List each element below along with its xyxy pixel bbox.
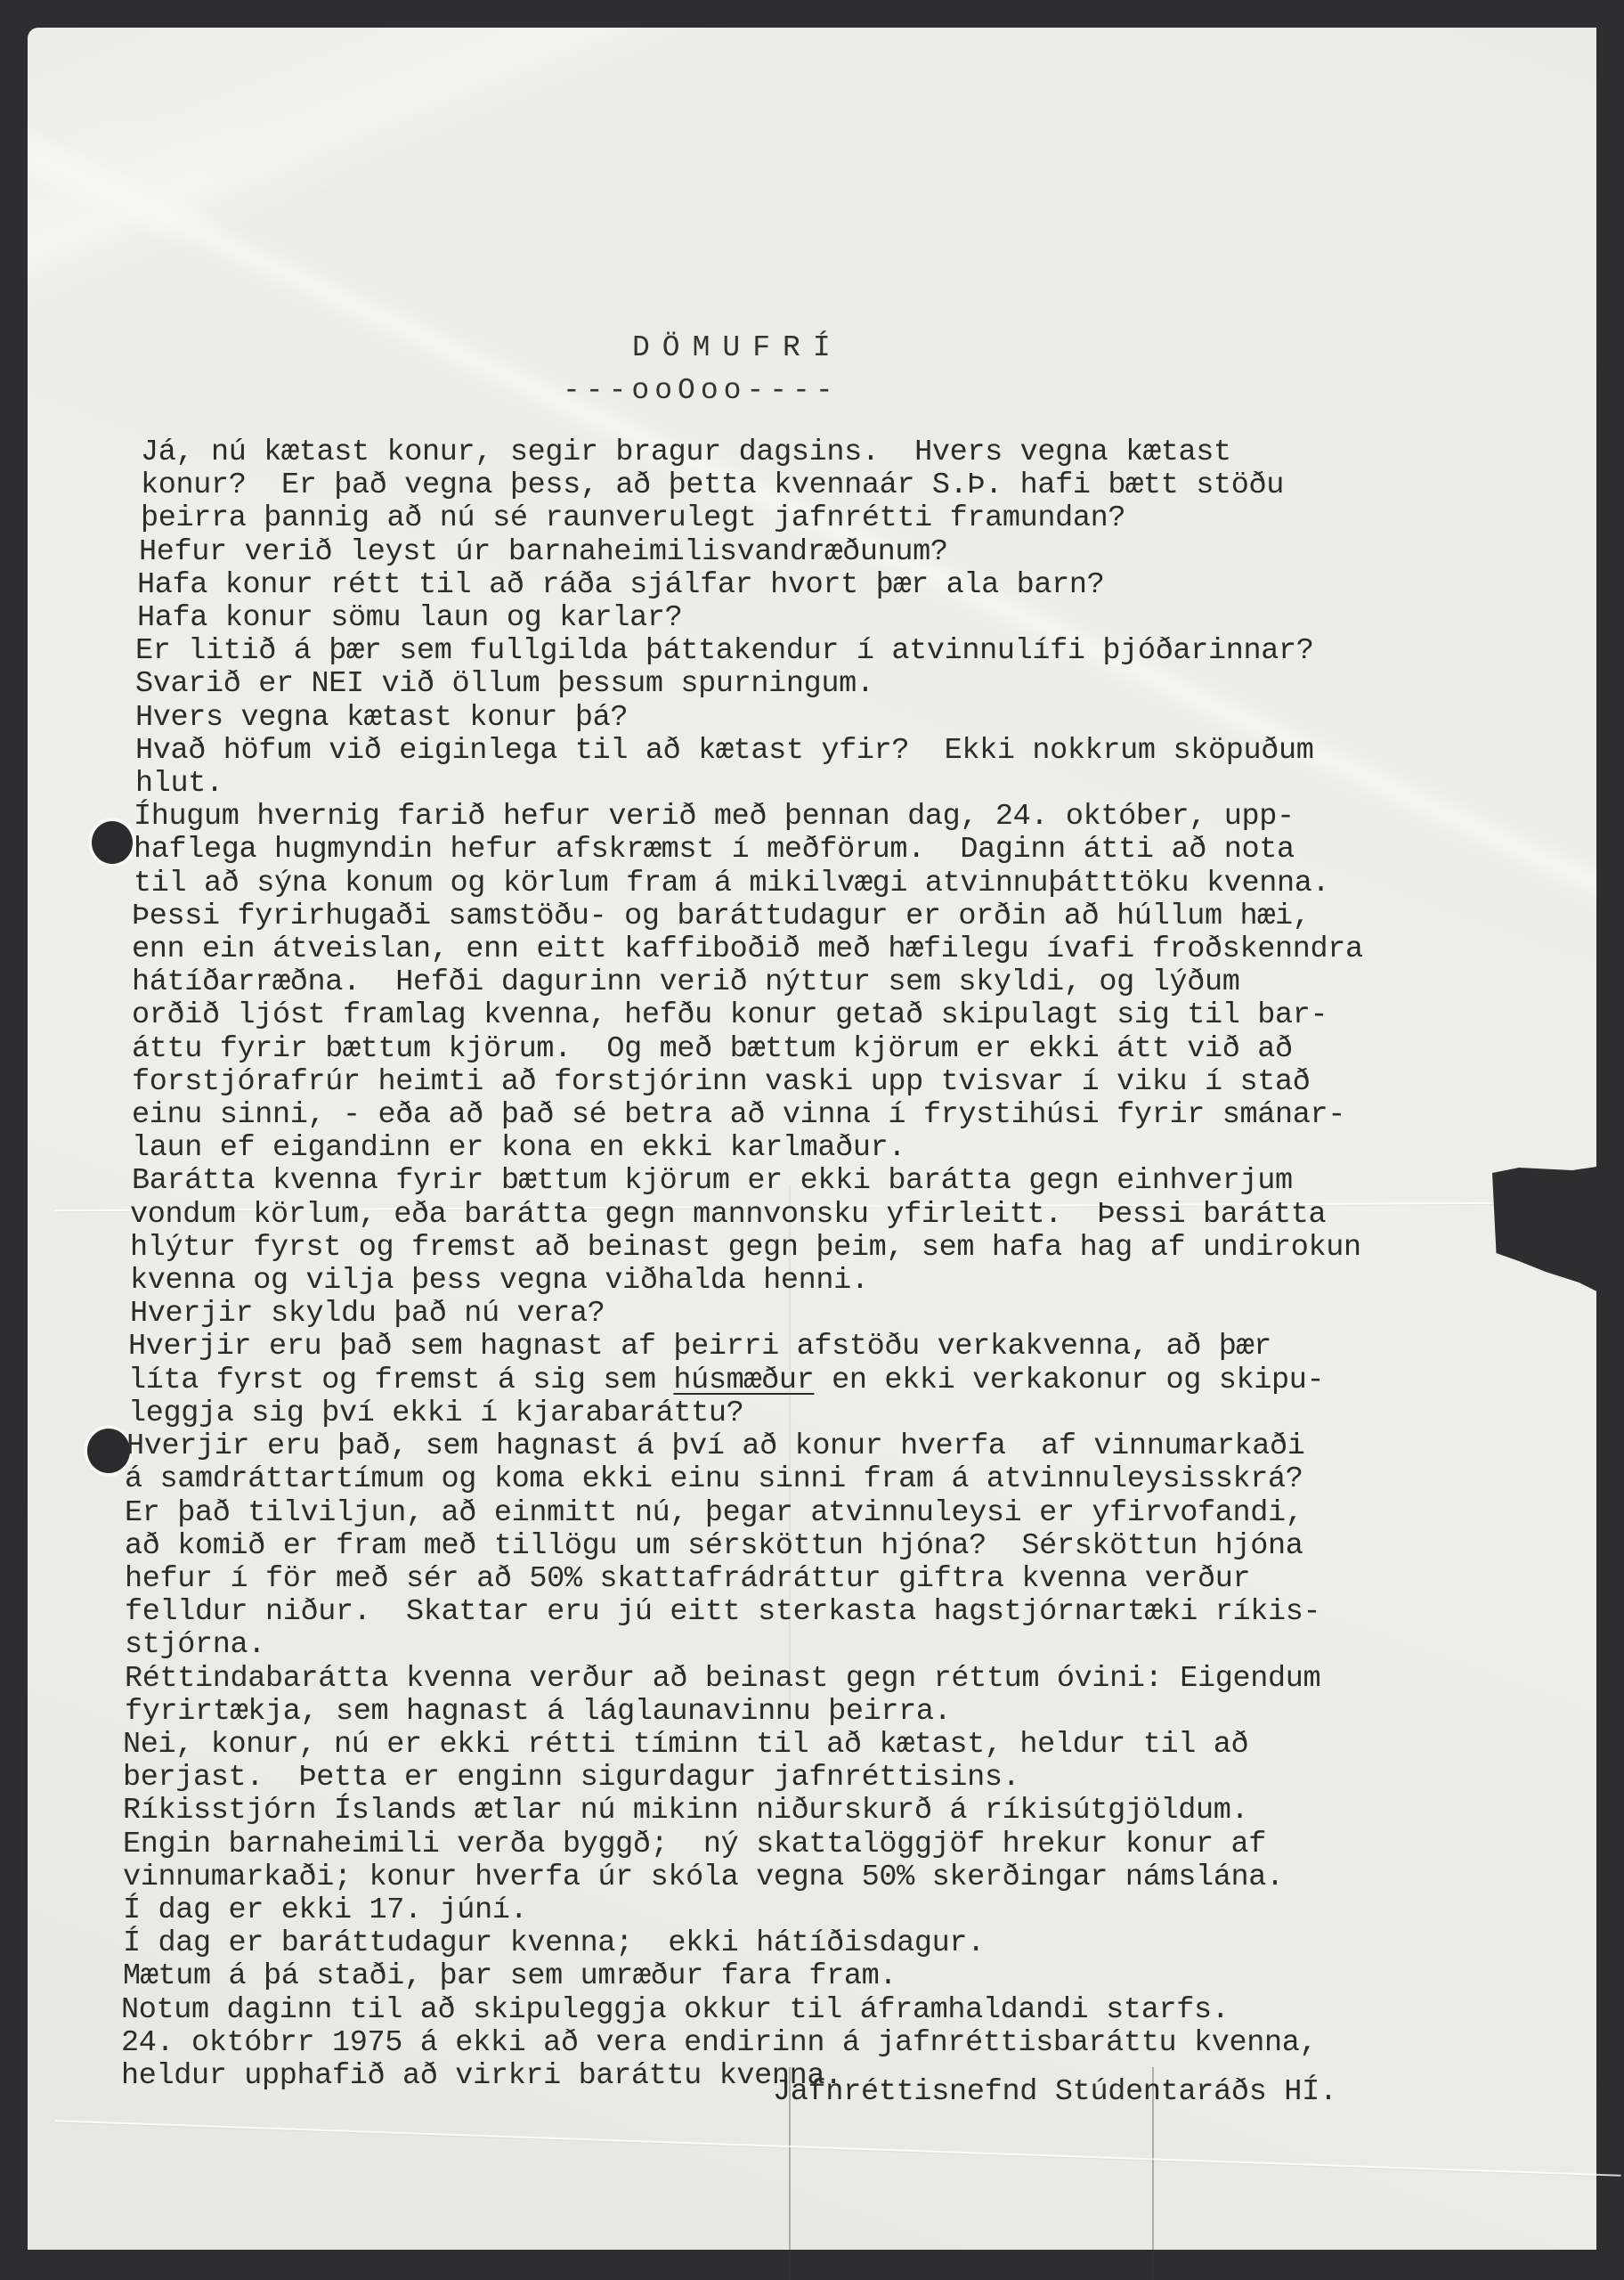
text-line: til að sýna konum og körlum fram á mikil… [134,867,1530,900]
text-line: 24. októbrr 1975 á ekki að vera endirinn… [121,2027,1530,2060]
text-line: vondum körlum, eða barátta gegn mannvons… [130,1199,1530,1232]
text-line: fyrirtækja, sem hagnast á láglaunavinnu … [125,1696,1530,1729]
text-line: Engin barnaheimili verða byggð; ný skatt… [123,1828,1530,1861]
text-line: kvenna og vilja þess vegna viðhalda henn… [130,1265,1530,1298]
text-line: Hverjir eru það, sem hagnast á því að ko… [126,1430,1530,1463]
text-line: líta fyrst og fremst á sig sem húsmæður … [128,1364,1530,1397]
text-line: Svarið er NEI við öllum þessum spurningu… [135,668,1530,701]
text-line: felldur niður. Skattar eru jú eitt sterk… [125,1596,1530,1629]
text-line: Nei, konur, nú er ekki rétti tíminn til … [123,1729,1530,1762]
document-title: DÖMUFRÍ [632,331,843,364]
text-line: á samdráttartímum og koma ekki einu sinn… [125,1463,1530,1496]
text-line: Í dag er ekki 17. júní. [123,1894,1530,1927]
text-line: haflega hugmyndin hefur afskræmst í meðf… [134,834,1530,867]
text-line: Íhugum hvernig farið hefur verið með þen… [134,801,1530,834]
text-line: Þessi fyrirhugaði samstöðu- og baráttuda… [132,900,1530,933]
text-line: Hvers vegna kætast konur þá? [135,702,1530,735]
text-line: Ríkisstjórn Íslands ætlar nú mikinn niðu… [123,1795,1530,1828]
text-line: hátíðarræðna. Hefði dagurinn verið nýttu… [132,966,1530,999]
text-line: Mætum á þá staði, þar sem umræður fara f… [123,1960,1530,1993]
text-line: stjórna. [125,1629,1530,1662]
text-line: þeirra þannig að nú sé raunverulegt jafn… [141,502,1530,535]
text-line: hefur í för með sér að 50% skattafrádrát… [125,1563,1530,1596]
text-line: laun ef eigandinn er kona en ekki karlma… [132,1132,1530,1165]
document-body: Já, nú kætast konur, segir bragur dagsin… [141,436,1530,2093]
text-line: Barátta kvenna fyrir bættum kjörum er ek… [132,1165,1530,1198]
text-line: Hvað höfum við eiginlega til að kætast y… [135,735,1530,768]
text-line: leggja sig því ekki í kjarabaráttu? [128,1397,1530,1430]
text-line: konur? Er það vegna þess, að þetta kvenn… [141,469,1530,502]
signature: Jafnréttisnefnd Stúdentaráðs HÍ. [773,2075,1337,2109]
text-line: Er það tilviljun, að einmitt nú, þegar a… [125,1497,1530,1530]
text-line: Já, nú kætast konur, segir bragur dagsin… [141,436,1530,469]
text-line: forstjórafrúr heimti að forstjórinn vask… [132,1066,1530,1099]
text-line: Hefur verið leyst úr barnaheimilisvandræ… [139,536,1530,569]
underlined-word: húsmæður [673,1364,814,1397]
text-line: hlýtur fyrst og fremst að beinast gegn þ… [130,1232,1530,1265]
text-line: að komið er fram með tillögu um sérskött… [125,1530,1530,1563]
text-line: vinnumarkaði; konur hverfa úr skóla vegn… [123,1861,1530,1894]
text-line: orðið ljóst framlag kvenna, hefðu konur … [132,999,1530,1032]
text-line: enn ein átveislan, enn eitt kaffiboðið m… [132,933,1530,966]
text-line: Réttindabarátta kvenna verður að beinast… [125,1663,1530,1696]
text-line: berjast. Þetta er enginn sigurdagur jafn… [123,1762,1530,1795]
text-line: Er litið á þær sem fullgilda þáttakendur… [135,635,1530,668]
title-divider: ---ooOoo---- [563,374,839,407]
text-line: Hafa konur rétt til að ráða sjálfar hvor… [137,569,1530,602]
text-line: Hverjir skyldu það nú vera? [130,1298,1530,1331]
text-line: Notum daginn til að skipuleggja okkur ti… [121,1994,1530,2027]
text-line: Hverjir eru það sem hagnast af þeirri af… [128,1331,1530,1364]
text-line: áttu fyrir bættum kjörum. Og með bættum … [132,1033,1530,1066]
text-line: Í dag er baráttudagur kvenna; ekki hátíð… [123,1927,1530,1960]
text-line: einu sinni, - eða að það sé betra að vin… [132,1099,1530,1132]
text-line: Hafa konur sömu laun og karlar? [137,602,1530,635]
text-line: hlut. [135,768,1530,801]
typewritten-document: DÖMUFRÍ ---ooOoo---- Já, nú kætast konur… [0,0,1624,2280]
